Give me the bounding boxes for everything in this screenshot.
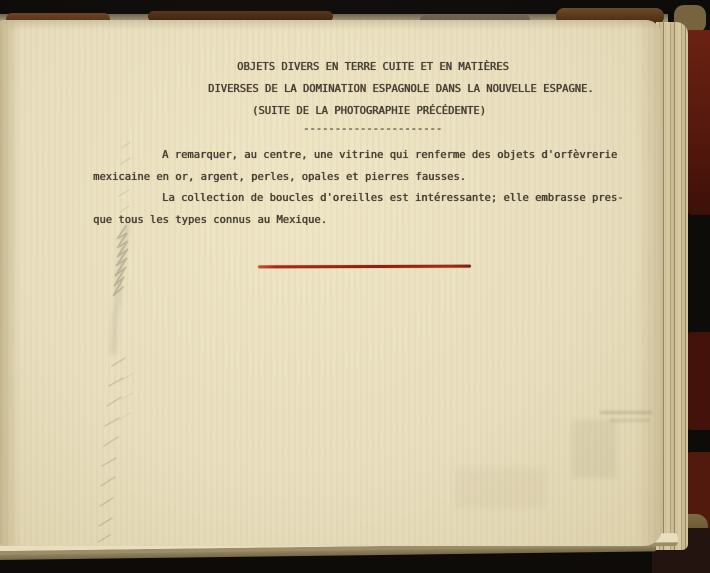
ink-bleed-through — [455, 468, 545, 508]
scanned-book-photo: OBJETS DIVERS EN TERRE CUITE ET EN MATIÈ… — [0, 0, 710, 573]
body-paragraph2-line1: La collection de boucles d'oreilles est … — [162, 192, 623, 205]
heading-line-3: (SUITE DE LA PHOTOGRAPHIE PRÉCÉDENTE) — [252, 105, 486, 118]
heading-separator: ---------------------- — [303, 123, 442, 136]
ink-bleed-through — [610, 419, 650, 422]
ink-bleed-through — [600, 411, 652, 414]
body-paragraph1-line1: A remarquer, au centre, une vitrine qui … — [162, 149, 617, 162]
body-paragraph2-line2: que tous les types connus au Mexique. — [93, 214, 327, 227]
ink-bleed-through — [572, 420, 616, 478]
heading-line-1: OBJETS DIVERS EN TERRE CUITE ET EN MATIÈ… — [237, 61, 509, 74]
pencil-smudge — [86, 130, 156, 550]
heading-line-2: DIVERSES DE LA DOMINATION ESPAGNOLE DANS… — [208, 83, 594, 96]
book-cover-edge-middle — [686, 332, 710, 430]
body-paragraph1-line2: mexicaine en or, argent, perles, opales … — [93, 171, 466, 184]
